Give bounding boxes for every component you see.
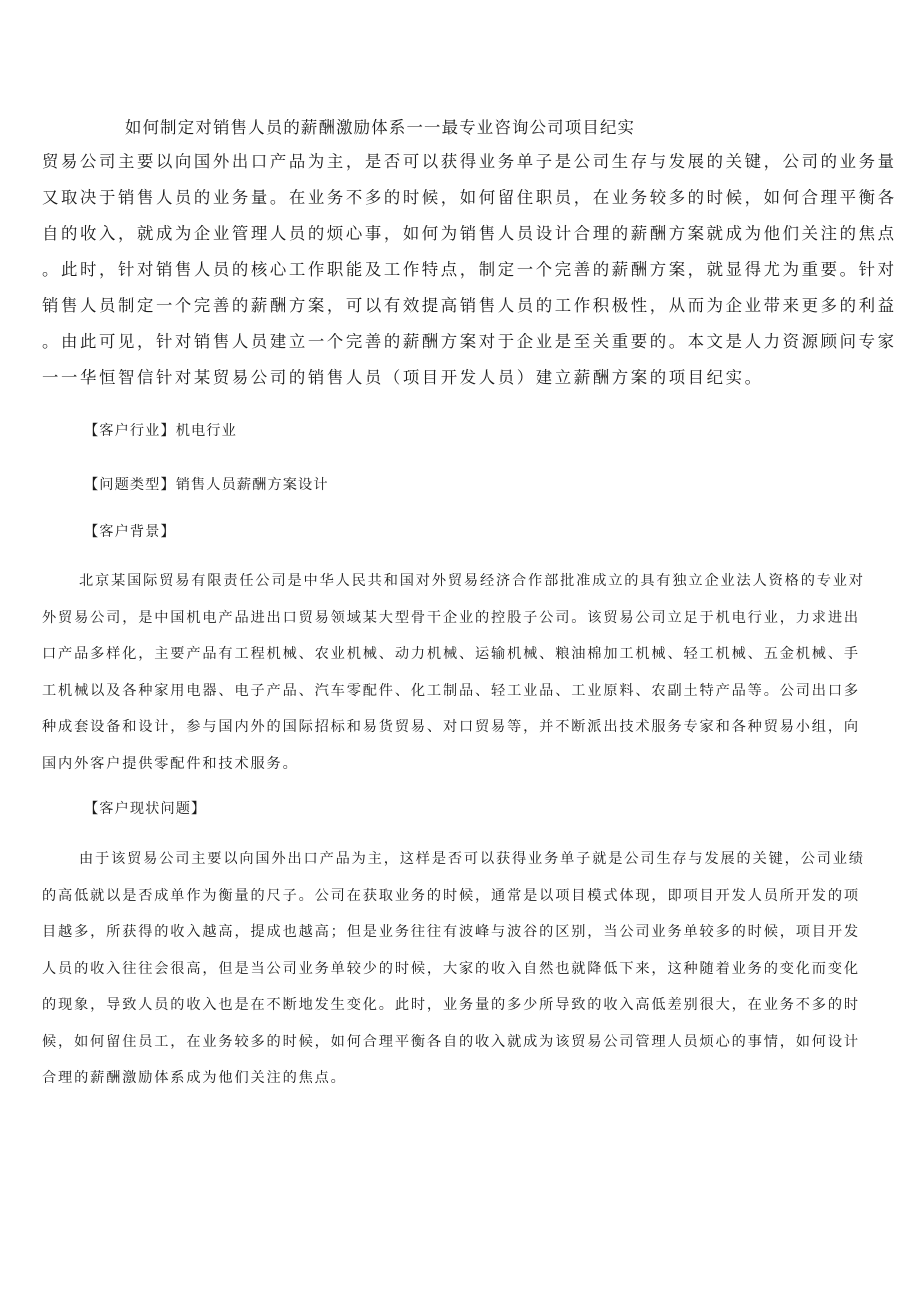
problem-type-field: 【问题类型】销售人员薪酬方案设计: [84, 476, 329, 494]
issues-line-4: 人员的收入往往会很高，但是当公司业务单较少的时候，大家的收入自然也就降低下来，这…: [42, 960, 860, 978]
intro-line-4: 。此时，针对销售人员的核心工作职能及工作特点，制定一个完善的薪酬方案，就显得尤为…: [42, 260, 897, 280]
background-line-6: 国内外客户提供零配件和技术服务。: [42, 755, 299, 773]
industry-value: 机电行业: [176, 423, 237, 439]
issues-line-5: 的现象，导致人员的收入也是在不断地发生变化。此时，业务量的多少所导致的收入高低差…: [42, 996, 860, 1014]
issues-line-2: 的高低就以是否成单作为衡量的尺子。公司在获取业务的时候，通常是以项目模式体现，即…: [42, 887, 860, 905]
current-issues-heading: 【客户现状问题】: [84, 800, 206, 818]
issues-line-6: 候，如何留住员工，在业务较多的时候，如何合理平衡各自的收入就成为该贸易公司管理人…: [42, 1033, 860, 1051]
intro-line-6: 。由此可见，针对销售人员建立一个完善的薪酬方案对于企业是至关重要的。本文是人力资…: [42, 332, 897, 352]
background-line-1: 北京某国际贸易有限责任公司是中华人民共和国对外贸易经济合作部批准成立的具有独立企…: [79, 572, 865, 590]
background-line-4: 工机械以及各种家用电器、电子产品、汽车零配件、化工制品、轻工业品、工业原料、农副…: [42, 682, 860, 700]
background-line-2: 外贸易公司，是中国机电产品进出口贸易领域某大型骨干企业的控股子公司。该贸易公司立…: [42, 609, 860, 627]
industry-label: 【客户行业】: [84, 423, 176, 439]
industry-field: 【客户行业】机电行业: [84, 422, 237, 440]
intro-line-7: 一一华恒智信针对某贸易公司的销售人员（项目开发人员）建立薪酬方案的项目纪实。: [42, 368, 764, 388]
issues-line-3: 目越多，所获得的收入越高，提成也越高；但是业务往往有波峰与波谷的区别，当公司业务…: [42, 923, 860, 941]
background-line-5: 种成套设备和设计，参与国内外的国际招标和易货贸易、对口贸易等，并不断派出技术服务…: [42, 718, 860, 736]
background-heading: 【客户背景】: [84, 523, 176, 541]
problem-type-label: 【问题类型】: [84, 477, 176, 493]
intro-line-2: 又取决于销售人员的业务量。在业务不多的时候，如何留住职员，在业务较多的时候，如何…: [42, 188, 897, 208]
intro-line-1: 贸易公司主要以向国外出口产品为主，是否可以获得业务单子是公司生存与发展的关键，公…: [42, 152, 897, 172]
background-line-3: 口产品多样化，主要产品有工程机械、农业机械、动力机械、运输机械、粮油棉加工机械、…: [42, 645, 860, 663]
problem-type-value: 销售人员薪酬方案设计: [176, 477, 329, 493]
document-title: 如何制定对销售人员的薪酬激励体系一一最专业咨询公司项目纪实: [125, 118, 635, 138]
intro-line-5: 销售人员制定一个完善的薪酬方案，可以有效提高销售人员的工作积极性，从而为企业带来…: [42, 296, 897, 316]
intro-line-3: 自的收入，就成为企业管理人员的烦心事，如何为销售人员设计合理的薪酬方案就成为他们…: [42, 224, 897, 244]
issues-line-1: 由于该贸易公司主要以向国外出口产品为主，这样是否可以获得业务单子就是公司生存与发…: [79, 850, 865, 868]
issues-line-7: 合理的薪酬激励体系成为他们关注的焦点。: [42, 1069, 347, 1087]
document-page: 如何制定对销售人员的薪酬激励体系一一最专业咨询公司项目纪实 贸易公司主要以向国外…: [0, 0, 920, 1303]
